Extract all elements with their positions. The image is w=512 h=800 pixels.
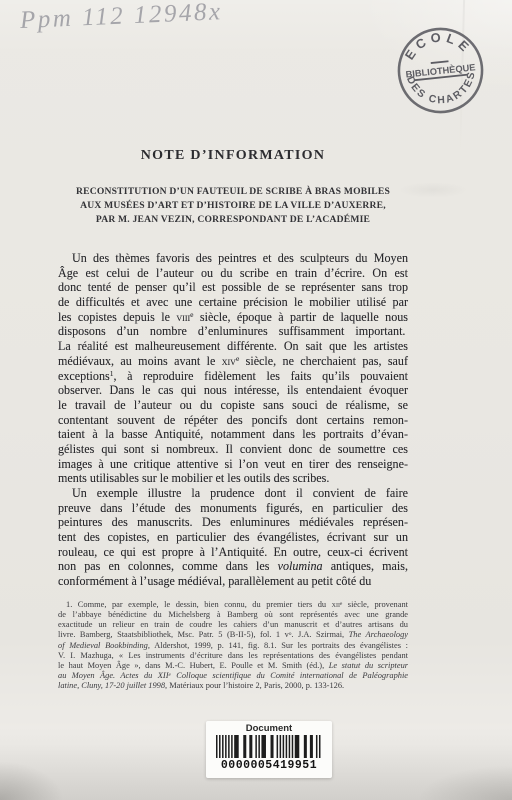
handwritten-shelfmark: Ppm 112 12948x	[19, 0, 250, 35]
text-line: RECONSTITUTION D’UN FAUTEUIL DE SCRIBE À…	[58, 185, 408, 199]
body-text: Un des thèmes favoris des peintres et de…	[58, 251, 408, 589]
svg-text:ECOLE: ECOLE	[400, 26, 477, 64]
text-line: peintures des manuscrits. Des enluminure…	[58, 515, 408, 530]
text-line: latine, Cluny, 17-20 juillet 1998, Matér…	[58, 681, 408, 691]
text-line: rouleau, ce qui est propre à l’Antiquité…	[58, 545, 408, 560]
text-line: AUX MUSÉES D’ART ET D’HISTOIRE DE LA VIL…	[58, 199, 408, 213]
scanned-page: Ppm 112 12948x ECOLE DES CHARTES BIBLIOT…	[0, 0, 512, 800]
text-line: Un exemple illustre la prudence dont il …	[58, 486, 408, 501]
text-line: La réalité est malheureusement différent…	[58, 339, 408, 354]
text-line: tent des copistes, en particulier des év…	[58, 530, 408, 545]
text-line: exceptions1, à reproduire fidèlement les…	[58, 369, 408, 384]
text-line: livre. Bamberg, Staatsbibliothek, Msc. P…	[58, 630, 408, 640]
text-line: 1. Comme, par exemple, le dessin, bien c…	[58, 600, 408, 610]
text-line: of Medieval Bookbinding, Aldershot, 1999…	[58, 641, 408, 651]
text-line: de difficultés et avec une certaine préc…	[58, 295, 408, 310]
text-line: taient à la basse Antiquité, notamment d…	[58, 427, 408, 442]
text-line: au Moyen Âge. Actes du XIIe Colloque sci…	[58, 671, 408, 681]
text-line: les copistes depuis le viiie siècle, épo…	[58, 310, 408, 325]
barcode-label: Document	[206, 723, 332, 734]
text-line: ments utilisables sur le mobilier et les…	[58, 471, 408, 486]
text-line: observer. Dans le cas qui nous intéresse…	[58, 383, 408, 398]
text-line: le haut Moyen Âge », dans M.-C. Hubert, …	[58, 661, 408, 671]
text-line: V. I. Mazhuga, « Les instruments d’écrit…	[58, 651, 408, 661]
footnote: 1. Comme, par exemple, le dessin, bien c…	[58, 600, 408, 691]
text-line: conformément à l’usage médiéval, parallè…	[58, 574, 408, 589]
paper-smudge	[398, 182, 468, 198]
barcode-sticker: Document 0000005419951	[206, 721, 332, 778]
text-line: donc tenté de penser qu’il est possible …	[58, 280, 408, 295]
text-line: gélistes qui sont si nombreux. Il convie…	[58, 442, 408, 457]
text-line: disposons d’un nombre d’enluminures suff…	[58, 324, 408, 339]
text-line: Âge est celui de l’auteur ou du scribe e…	[58, 266, 408, 281]
text-line: médiévaux, au moins avant le xive siècle…	[58, 354, 408, 369]
text-line: non pas en colonnes, comme dans les volu…	[58, 559, 408, 574]
text-line: images à une critique attentive si l’on …	[58, 457, 408, 472]
text-line: Un des thèmes favoris des peintres et de…	[58, 251, 408, 266]
document-title: NOTE D’INFORMATION	[58, 148, 408, 164]
library-stamp: ECOLE DES CHARTES BIBLIOTHÈQUE	[386, 19, 494, 122]
text-line: le travail de l’auteur ou du copiste san…	[58, 398, 408, 413]
stamp-text-top: ECOLE	[400, 26, 477, 64]
text-line: PAR M. JEAN VEZIN, CORRESPONDANT DE L’AC…	[58, 213, 408, 227]
text-line: de l’abbaye bénédictine du Michelsberg à…	[58, 610, 408, 620]
barcode-bars	[216, 735, 332, 758]
document-subtitle: RECONSTITUTION D’UN FAUTEUIL DE SCRIBE À…	[58, 185, 408, 227]
text-line: contentant souvent de répéter des poncif…	[58, 413, 408, 428]
text-line: preuve dans l’étude des monuments figuré…	[58, 501, 408, 516]
text-line: exactitude un relieur en train de coudre…	[58, 620, 408, 630]
barcode-number: 0000005419951	[206, 759, 332, 772]
